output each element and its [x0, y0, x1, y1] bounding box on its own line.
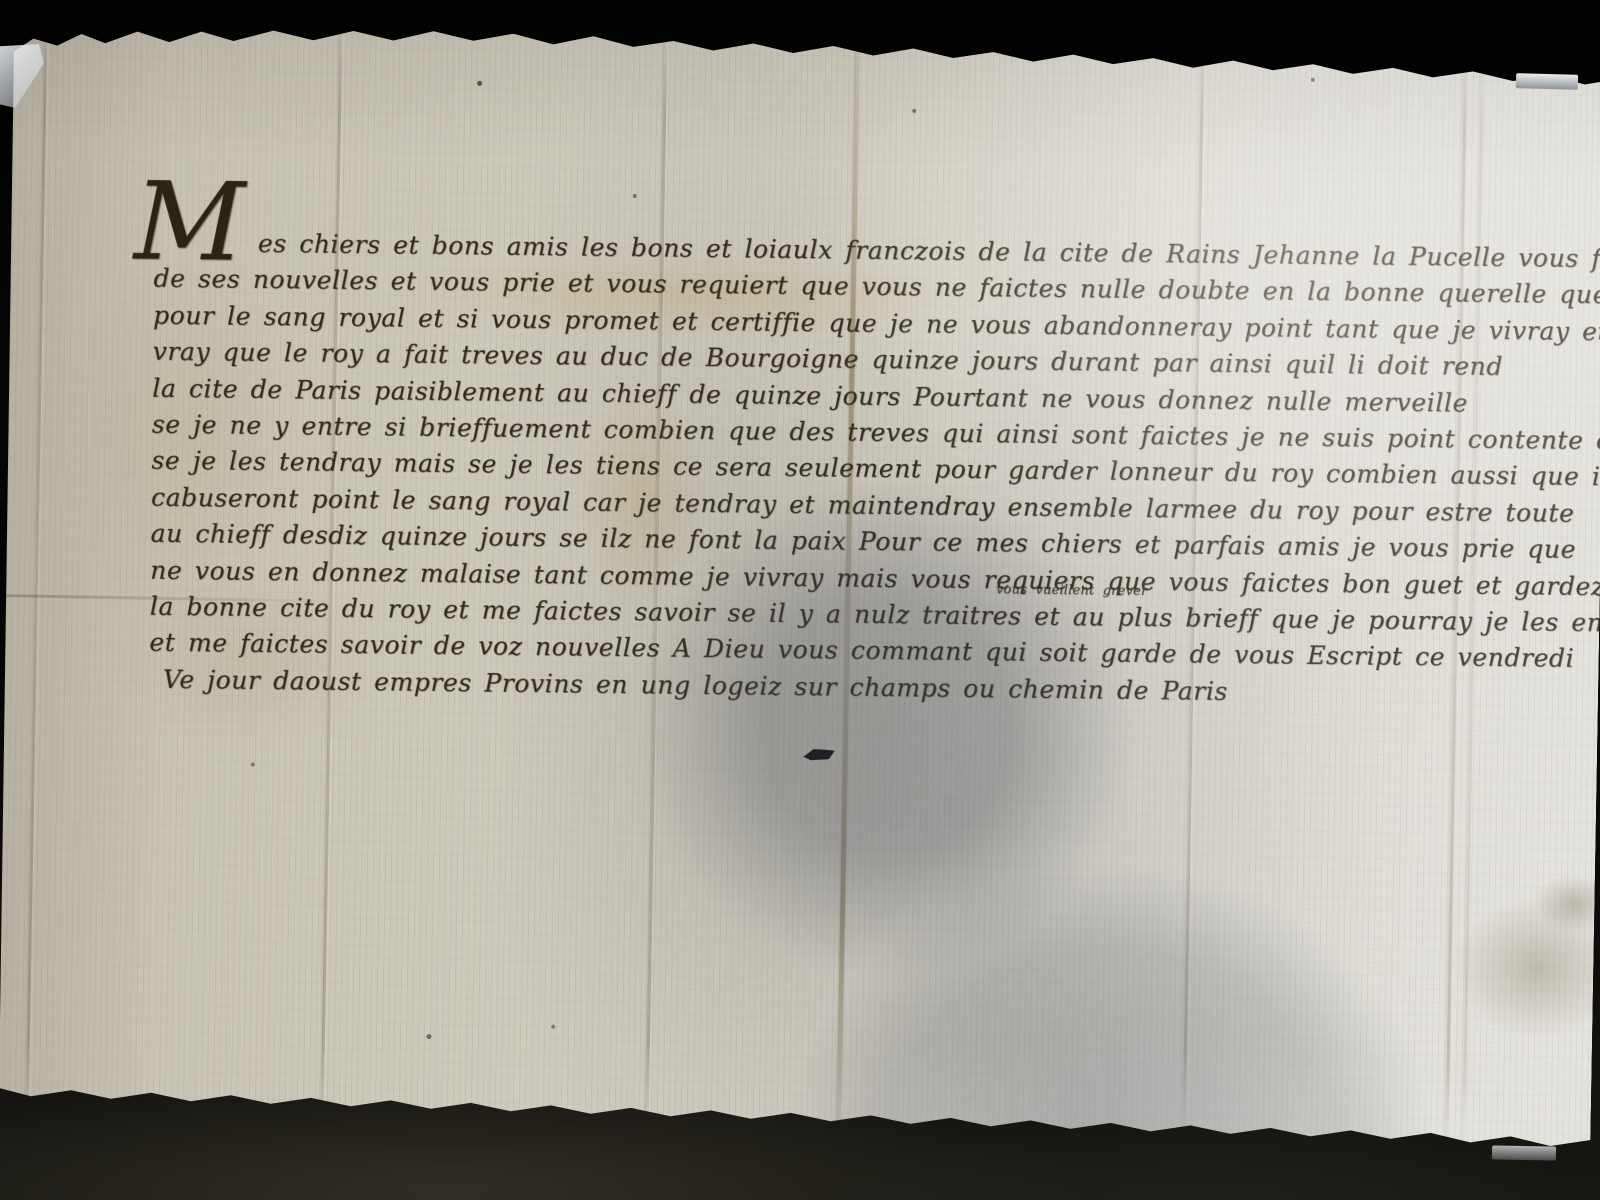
manuscript-photograph: { "manuscript": { "initial": "M", "lines…: [0, 0, 1600, 1200]
corner-mount-bottom-right: [1492, 1145, 1556, 1160]
corner-mount-top-right: [1516, 73, 1578, 90]
ink-specks: [10, 16, 12, 18]
interline-insertion: vous vueillent grever: [996, 582, 1148, 599]
initial-letter-M: M: [134, 172, 246, 273]
letter-text-block: M es chiers et bons amis les bons et loi…: [148, 225, 1600, 781]
parchment-sheet: M es chiers et bons amis les bons et loi…: [0, 16, 1600, 1149]
display-case-background: M es chiers et bons amis les bons et loi…: [0, 0, 1600, 1200]
